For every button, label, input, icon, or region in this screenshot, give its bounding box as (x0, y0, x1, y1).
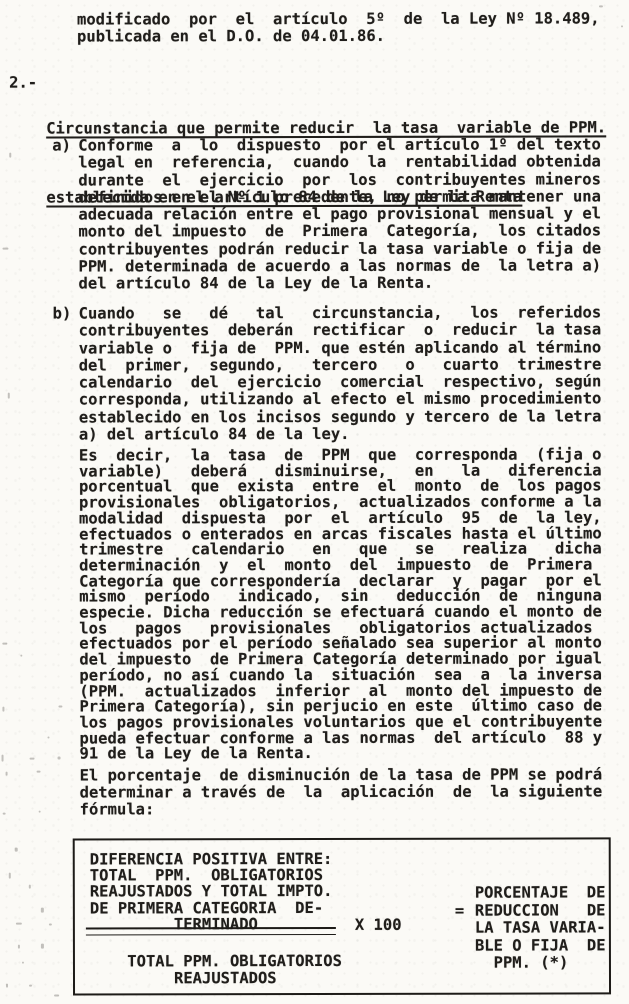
scan-artifact (22, 962, 24, 964)
scan-artifact (9, 153, 11, 158)
scan-artifact (3, 813, 6, 815)
scan-artifact (2, 643, 7, 645)
scan-artifact (16, 923, 22, 925)
scan-artifact (39, 811, 41, 813)
scan-artifact (41, 908, 44, 913)
item-a-text: Conforme a lo dispuesto por el artículo … (78, 136, 601, 293)
scan-artifact (15, 848, 18, 852)
scan-artifact (49, 924, 52, 926)
equals-sign: = (455, 903, 464, 920)
paragraph-formula-intro: El porcentaje de disminución de la tasa … (80, 766, 603, 818)
formula-box: DIFERENCIA POSITIVA ENTRE: TOTAL PPM. OB… (73, 837, 611, 995)
scan-artifact (9, 873, 11, 879)
scan-artifact (54, 995, 59, 997)
formula-denominator: TOTAL PPM. OBLIGATORIOS REAJUSTADOS (90, 953, 342, 988)
item-b-label: b) (53, 306, 72, 323)
scan-artifact (37, 771, 41, 773)
document-content: modificado por el artículo 5º de la Ley … (0, 0, 629, 1004)
scan-artifact (29, 885, 31, 889)
scan-artifact (621, 25, 623, 27)
scan-artifact (8, 393, 10, 399)
scan-artifact (2, 707, 4, 712)
scan-artifact (29, 985, 32, 987)
scan-artifact (599, 5, 603, 7)
intro-paragraph: modificado por el artículo 5º de la Ley … (77, 10, 600, 46)
item-b-text: Cuando se dé tal circunstancia, los refe… (79, 304, 602, 443)
section-number: 2.- (9, 72, 37, 95)
scan-artifact (58, 706, 62, 708)
item-a-label: a) (52, 138, 71, 155)
scan-artifact (2, 755, 4, 762)
formula-numerator: DIFERENCIA POSITIVA ENTRE: TOTAL PPM. OB… (90, 851, 333, 933)
scan-artifact (30, 758, 35, 760)
scan-artifact (2, 248, 8, 250)
scanned-document-page: modificado por el artículo 5º de la Ley … (0, 0, 629, 1004)
scan-artifact (6, 984, 8, 988)
scan-artifact (20, 655, 22, 657)
scan-artifact (41, 944, 44, 949)
formula-result: PORCENTAJE DE REDUCCION DE LA TASA VARIA… (475, 884, 606, 972)
fraction-bar (86, 927, 336, 936)
scan-artifact (6, 772, 8, 776)
scan-artifact (18, 945, 20, 949)
scan-artifact (58, 757, 61, 760)
scan-artifact (47, 737, 49, 739)
paragraph-es-decir: Es decir, la tasa de PPM que corresponda… (79, 447, 602, 762)
formula-multiplier: X 100 (355, 917, 402, 934)
